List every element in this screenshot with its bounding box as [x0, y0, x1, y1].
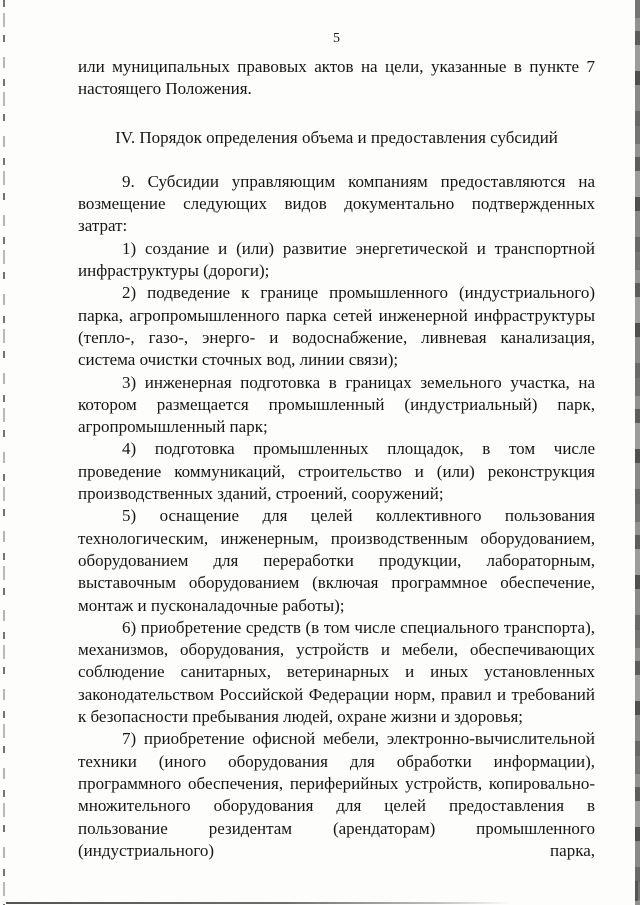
body-paragraph-item-2: 2) подведение к границе промышленного (и… [78, 282, 595, 371]
intro-paragraph: или муниципальных правовых актов на цели… [78, 56, 595, 101]
scan-artifact-right-edge [635, 0, 640, 905]
scan-artifact-bottom-edge [6, 902, 511, 904]
body-paragraph-item-7: 7) приобретение офисной мебели, электрон… [78, 728, 595, 862]
body-paragraph-9: 9. Субсидии управляющим компаниям предос… [78, 171, 595, 238]
body-paragraph-item-1: 1) создание и (или) развитие энергетичес… [78, 238, 595, 283]
scanned-document-page: 5 или муниципальных правовых актов на це… [0, 0, 640, 905]
section-heading: IV. Порядок определения объема и предост… [78, 127, 595, 149]
body-paragraph-item-4: 4) подготовка промышленных площадок, в т… [78, 438, 595, 505]
scan-artifact-left-edge [3, 0, 5, 905]
scan-artifact-bottom-right [635, 881, 638, 901]
document-text-block: или муниципальных правовых актов на цели… [78, 56, 595, 862]
body-paragraph-item-5: 5) оснащение для целей коллективного пол… [78, 505, 595, 616]
body-paragraph-item-6: 6) приобретение средств (в том числе спе… [78, 617, 595, 728]
page-number: 5 [78, 31, 595, 47]
body-paragraph-item-3: 3) инженерная подготовка в границах земе… [78, 372, 595, 439]
